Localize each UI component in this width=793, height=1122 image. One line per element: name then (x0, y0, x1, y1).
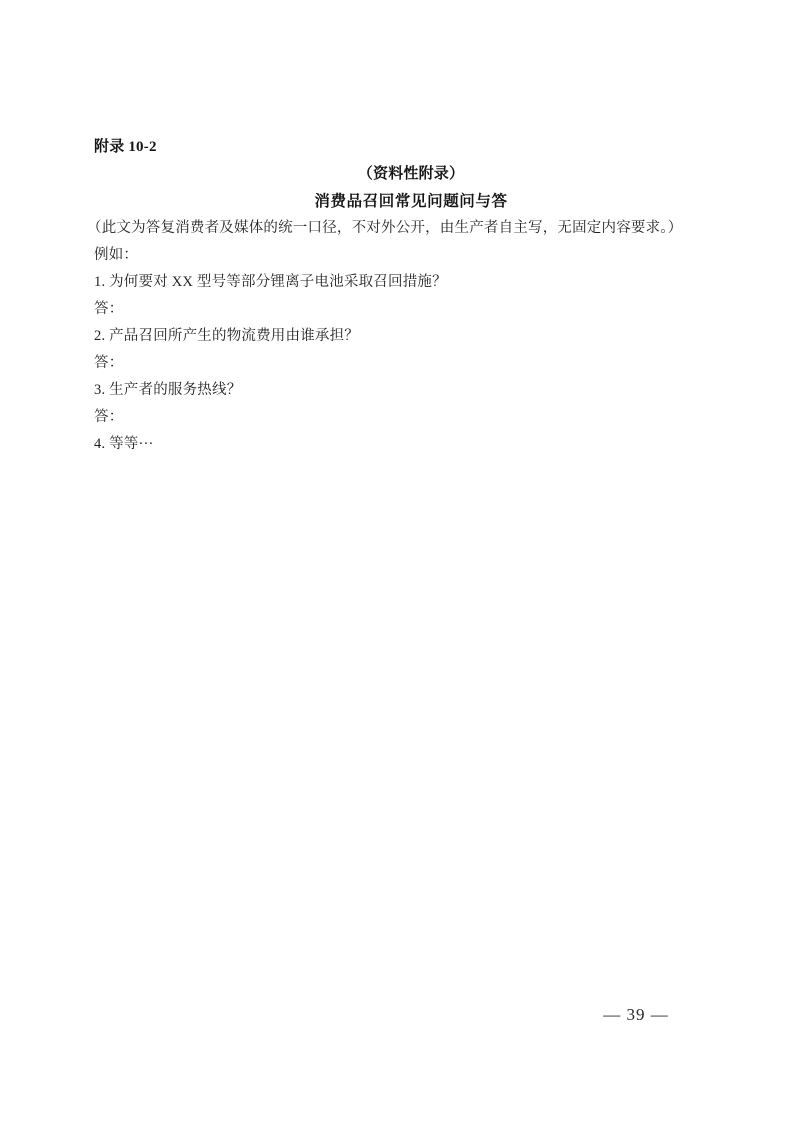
qa-question: 3. 生产者的服务热线？ (94, 377, 728, 404)
qa-question: 1. 为何要对 XX 型号等部分锂离子电池采取召回措施？ (94, 269, 728, 296)
qa-question: 2. 产品召回所产生的物流费用由谁承担？ (94, 323, 728, 350)
page-number-text: — 39 — (603, 1005, 669, 1024)
qa-answer-label: 答： (94, 404, 728, 431)
example-label: 例如： (94, 242, 728, 269)
scope-note: （此文为答复消费者及媒体的统一口径，不对外公开，由生产者自主写，无固定内容要求。… (87, 215, 728, 242)
document-title: 消费品召回常见问题问与答 (94, 188, 728, 215)
qa-question: 4. 等等··· (94, 431, 728, 458)
qa-list: 1. 为何要对 XX 型号等部分锂离子电池采取召回措施？答：2. 产品召回所产生… (94, 269, 728, 458)
qa-answer-label: 答： (94, 350, 728, 377)
document-content: 附录 10-2 （资料性附录） 消费品召回常见问题问与答 （此文为答复消费者及媒… (94, 134, 728, 458)
document-page: 附录 10-2 （资料性附录） 消费品召回常见问题问与答 （此文为答复消费者及媒… (0, 0, 793, 1122)
page-number: — 39 — (576, 1004, 696, 1026)
appendix-type-heading: （资料性附录） (94, 161, 728, 188)
appendix-label: 附录 10-2 (94, 134, 728, 161)
qa-answer-label: 答： (94, 296, 728, 323)
